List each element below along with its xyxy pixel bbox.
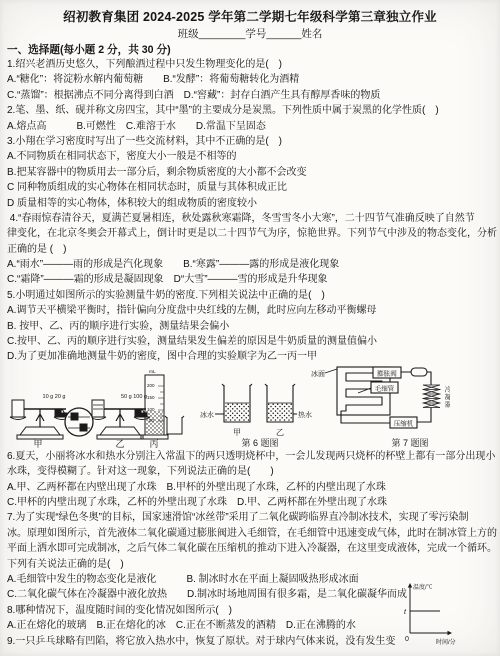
figure-6-caption: 第 6 题图 [241, 437, 278, 448]
figure-7-caption: 第 7 题图 [391, 437, 428, 448]
question-text-line: 7.为了实现“绿色冬奥”的目标，国家速滑馆“冰丝带”采用了二氧化碳跨临界直冷制冰… [7, 510, 500, 525]
section-heading: 一、选择题(每小题 2 分，共 30 分) [0, 42, 500, 57]
weights-label-yi: 50 g 100 g [121, 394, 147, 400]
graph-y-label: 温度/℃ [413, 583, 433, 591]
magnifier-icon [65, 408, 93, 436]
question-text-line: A.“糖化”：将淀粉水解内葡萄糖 B.“发酵”：将葡萄糖转化为酒精 [7, 72, 500, 87]
question-text-line: B. 按甲、乙、丙的顺序进行实验，测量结果会偏小 [7, 319, 500, 334]
question-text-line: A.甲、乙两杯都在内壁出现了水珠 B.甲杯的外壁出现了水珠，乙杯的内壁出现了水珠 [7, 480, 500, 495]
question-text-line: 3.小翔在学习密度时写出了一些交流材料，其中不正确的是( ) [7, 134, 500, 149]
cylinder-tick: 150 [147, 395, 155, 400]
ice-surface-label: 冰面 [311, 369, 325, 378]
expansion-valve-label: 膨胀阀 [377, 368, 397, 377]
question-text-line: D.为了更加准确地测量牛奶的密度，图中合理的实验顺字为乙一丙一甲 [7, 349, 500, 364]
question-text-line: C.“蒸馏”：根据沸点不同分离得到白酒 D.“窖藏”：封存白酒产生具有醇厚香味的… [7, 88, 500, 103]
cylinder-unit-label: mL [149, 369, 156, 375]
compressor-label: 压缩机 [394, 418, 414, 427]
question-text-line: A.调节天平横梁平衡时，指针偏向分度盘中央红线的左侧，此时应向左移动平衡螺母 [7, 303, 500, 318]
graph-x-label: 时间/分 [436, 638, 456, 646]
cylinder-tick: 200 [147, 383, 155, 388]
ice-water-label: 冰水 [200, 410, 214, 419]
question-text-line: 1.绍兴老酒历史悠久，下列酿酒过程中只发生物理变化的是( ) [7, 57, 500, 72]
question-text-line: 律变化，在北京冬奥会开幕式上，倒计时更是以二十四节气为序，惊艳世界。下列节气中涉… [7, 226, 500, 241]
condenser-label: 冷凝器 [444, 385, 451, 409]
question-text-line: C.甲杯的内壁出现了水珠，乙杯的外壁出现了水珠 D.甲、乙两杯都在外壁出现了水珠 [7, 495, 500, 510]
temperature-time-graph: 温度/℃ t 0 时间/分 [396, 579, 462, 653]
beakers-figure: 冰水 热水 甲 乙 第 6 题图 [198, 365, 313, 449]
weights-label-jia: 10 g 20 g [43, 394, 66, 400]
question-text-line: 水珠，变得模糊了。针对这一现象，下列说法正确的是( ) [7, 464, 500, 479]
refrigeration-cycle-figure: 冰面 膨胀阀 毛细管 冷凝器 压缩机 第 7 题图 [310, 365, 450, 449]
graph-origin: 0 [405, 636, 409, 643]
graph-t-tick: t [404, 609, 407, 616]
question-text-line: A.不同物质在相同状态下，密度大小一般是不相等的 [7, 149, 500, 164]
question-text-line: A.熔点高 B.可燃性 C.难溶于水 D.常温下呈固态 [7, 119, 500, 134]
question-text-line: C.“霜降”———霜的形成是凝固现象 D“大雪”———雪的形成是升华现象 [7, 272, 500, 287]
capillary-label: 毛细管 [375, 383, 395, 392]
question-text-line: 下列有关说法正确的是( ) [7, 557, 500, 572]
balance-experiment-figure: 10 g 20 g 50 g 100 g mL 200 150 100 50 甲… [8, 365, 193, 449]
page-title: 绍初教育集团 2024-2025 学年第二学期七年级科学第三章独立作业 [0, 0, 500, 26]
question-text-line: 平面上洒水即可完成制冰，之后气体二氧化碳在压缩机的推动下进入冷凝器，在这里变成液… [7, 541, 500, 556]
caption-jia: 甲 [33, 439, 42, 449]
question-text-line: D 质量相等的实心物体，体积较大的组成物质的密度较小 [7, 196, 500, 211]
question-text-line: 正确的是 ( ) [7, 242, 500, 257]
caption-yi: 乙 [276, 428, 284, 437]
question-text-line: 2.笔、墨、纸、砚并称文房四宝，其中“墨”的主要成分是炭黑。下列性质中属于炭黑的… [7, 103, 500, 118]
caption-jia: 甲 [233, 428, 241, 437]
caption-bing: 丙 [149, 439, 158, 449]
figure-row: 10 g 20 g 50 g 100 g mL 200 150 100 50 甲… [0, 365, 500, 449]
question-text-line: 冰。原理如图所示，首先液体二氧化碳通过膨胀阀进入毛细管，在毛细管中迅速变成气体，… [7, 526, 500, 541]
question-text-line: 4.“春雨惊春清谷天，夏满芒夏暑相连，秋处露秋寒霜降，冬雪雪冬小大寒”，二十四节… [7, 211, 500, 226]
question-text-line: 5.小明通过如图所示的实验测量牛奶的密度.下列相关说法中正确的是( ) [7, 288, 500, 303]
question-text-line: C 同种物质组成的实心物体在相同状态时，质量与其体积成正比 [7, 180, 500, 195]
student-info-blanks: 班级________学号______姓名 [0, 26, 500, 42]
cylinder-tick: 50 [149, 418, 155, 423]
question-text-line: 6.夏天，小丽将冰水和热水分别注入常温下的两只透明烧杯中，一会儿发现两只烧杯的杯… [7, 449, 500, 464]
question-text-line: A.“雨水”———雨的形成是汽化现象 B.“寒露”———露的形成是液化现象 [7, 257, 500, 272]
caption-yi: 乙 [115, 439, 124, 449]
exam-paper-page: 绍初教育集团 2024-2025 学年第二学期七年级科学第三章独立作业 班级__… [0, 0, 500, 656]
question-text-line: B.把某容器中的物质用去一部分后，剩余物质密度的大小都不会改变 [7, 165, 500, 180]
question-text-line: C.按甲、乙、丙的顺序进行实验，测量结果发生偏差的原因是牛奶质量的测量值偏小 [7, 334, 500, 349]
cylinder-tick: 100 [147, 407, 155, 412]
questions-block-top: 1.绍兴老酒历史悠久，下列酿酒过程中只发生物理变化的是( )A.“糖化”：将淀粉… [0, 57, 500, 365]
